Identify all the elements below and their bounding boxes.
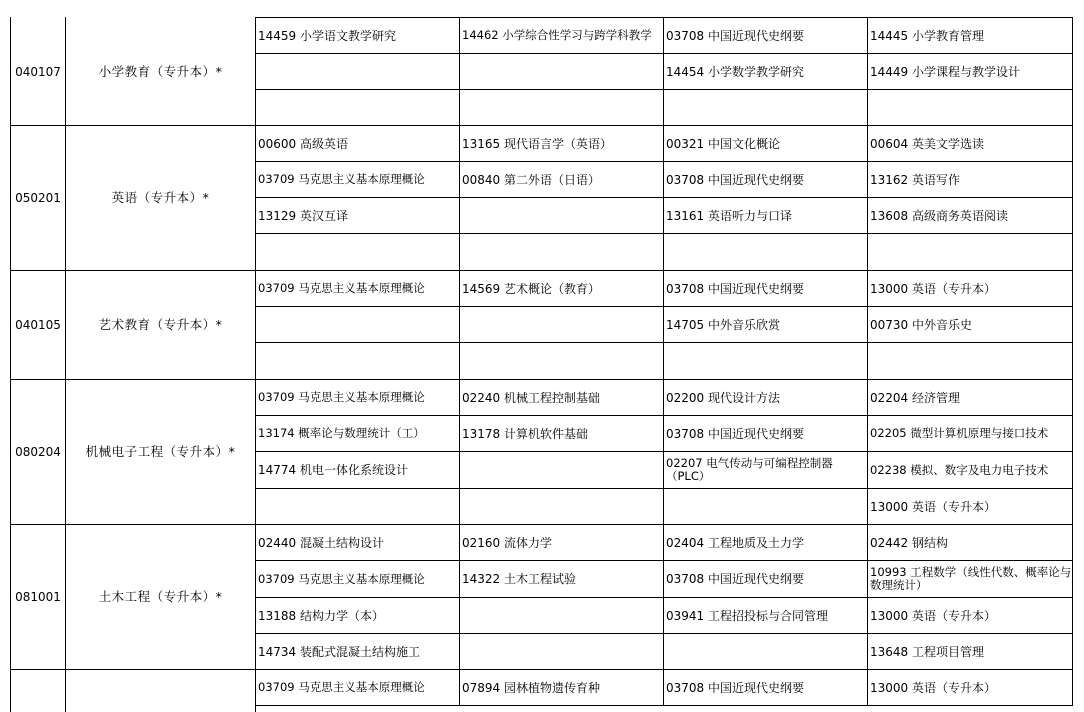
course-cell: 13000 英语（专升本） [868, 489, 1072, 524]
course-cell: 03709 马克思主义基本原理概论 [256, 561, 459, 597]
course-cell: 03709 马克思主义基本原理概论 [256, 670, 459, 705]
course-cell [460, 343, 663, 379]
course-cell [460, 634, 663, 669]
course-cell [460, 54, 663, 89]
course-cell: 03708 中国近现代史纲要 [664, 271, 867, 306]
table-bottom-border [255, 705, 1073, 706]
course-cell: 02240 机械工程控制基础 [460, 380, 663, 415]
course-cell: 02404 工程地质及土力学 [664, 525, 867, 560]
column-divider [255, 17, 256, 712]
major-code: 040107 [11, 18, 65, 125]
course-cell: 14445 小学教育管理 [868, 18, 1072, 53]
course-cell: 03709 马克思主义基本原理概论 [256, 380, 459, 415]
course-cell [460, 90, 663, 125]
column-divider [459, 17, 460, 706]
course-cell: 03709 马克思主义基本原理概论 [256, 162, 459, 197]
course-cell: 02205 微型计算机原理与接口技术 [868, 416, 1072, 451]
course-cell [256, 489, 459, 524]
section-divider [10, 270, 255, 271]
major-name: 英语（专升本）* [66, 126, 255, 270]
major-name: 艺术教育（专升本）* [66, 271, 255, 379]
course-cell: 13608 高级商务英语阅读 [868, 198, 1072, 233]
course-cell: 14454 小学数学教学研究 [664, 54, 867, 89]
major-code: 040105 [11, 271, 65, 379]
course-cell [664, 634, 867, 669]
course-cell: 03708 中国近现代史纲要 [664, 162, 867, 197]
course-cell: 02440 混凝土结构设计 [256, 525, 459, 560]
course-cell: 07894 园林植物遗传育种 [460, 670, 663, 705]
course-cell: 14449 小学课程与教学设计 [868, 54, 1072, 89]
course-cell: 13188 结构力学（本） [256, 598, 459, 633]
course-cell: 03708 中国近现代史纲要 [664, 670, 867, 705]
course-cell [664, 234, 867, 270]
course-cell: 03708 中国近现代史纲要 [664, 416, 867, 451]
course-cell [256, 90, 459, 125]
course-cell: 03709 马克思主义基本原理概论 [256, 271, 459, 306]
course-cell: 02207 电气传动与可编程控制器（PLC） [664, 452, 867, 488]
course-cell: 02200 现代设计方法 [664, 380, 867, 415]
course-cell [256, 343, 459, 379]
course-cell [460, 198, 663, 233]
course-cell: 14459 小学语文教学研究 [256, 18, 459, 53]
course-cell: 14705 中外音乐欣赏 [664, 307, 867, 342]
course-cell: 03708 中国近现代史纲要 [664, 561, 867, 597]
course-cell [664, 90, 867, 125]
course-cell: 13129 英汉互译 [256, 198, 459, 233]
course-cell: 00604 英美文学选读 [868, 126, 1072, 161]
course-cell: 00600 高级英语 [256, 126, 459, 161]
column-divider [10, 17, 11, 712]
column-divider [1072, 17, 1073, 706]
major-code [11, 670, 65, 712]
column-divider [65, 17, 66, 712]
course-cell: 14569 艺术概论（教育） [460, 271, 663, 306]
course-cell: 02160 流体力学 [460, 525, 663, 560]
course-cell [460, 452, 663, 488]
course-cell [460, 598, 663, 633]
course-cell: 00321 中国文化概论 [664, 126, 867, 161]
course-cell: 13178 计算机软件基础 [460, 416, 663, 451]
course-cell: 14734 装配式混凝土结构施工 [256, 634, 459, 669]
course-cell [664, 489, 867, 524]
column-divider [663, 17, 664, 706]
column-divider [867, 17, 868, 706]
course-cell: 14462 小学综合性学习与跨学科教学 [460, 18, 663, 53]
course-cell [256, 307, 459, 342]
course-cell: 13165 现代语言学（英语） [460, 126, 663, 161]
course-cell: 00840 第二外语（日语） [460, 162, 663, 197]
course-cell: 00730 中外音乐史 [868, 307, 1072, 342]
course-cell: 14774 机电一体化系统设计 [256, 452, 459, 488]
course-cell: 13162 英语写作 [868, 162, 1072, 197]
course-cell: 03941 工程招投标与合同管理 [664, 598, 867, 633]
course-cell [868, 343, 1072, 379]
course-cell [868, 234, 1072, 270]
course-cell [256, 54, 459, 89]
section-divider [10, 669, 255, 670]
section-divider [10, 379, 255, 380]
course-cell [460, 234, 663, 270]
section-divider [10, 125, 255, 126]
course-cell: 10993 工程数学（线性代数、概率论与数理统计） [868, 561, 1072, 597]
major-name: 机械电子工程（专升本）* [66, 380, 255, 524]
course-cell: 02204 经济管理 [868, 380, 1072, 415]
major-code: 050201 [11, 126, 65, 270]
course-cell: 13000 英语（专升本） [868, 271, 1072, 306]
course-cell: 13648 工程项目管理 [868, 634, 1072, 669]
course-cell [256, 234, 459, 270]
course-cell: 13000 英语（专升本） [868, 598, 1072, 633]
major-code: 080204 [11, 380, 65, 524]
major-name: 小学教育（专升本）* [66, 18, 255, 125]
course-cell: 03708 中国近现代史纲要 [664, 18, 867, 53]
major-code: 081001 [11, 525, 65, 669]
course-cell: 13174 概率论与数理统计（工） [256, 416, 459, 451]
course-cell: 13000 英语（专升本） [868, 670, 1072, 705]
course-cell [868, 90, 1072, 125]
course-cell: 02442 钢结构 [868, 525, 1072, 560]
course-cell: 02238 模拟、数字及电力电子技术 [868, 452, 1072, 488]
course-cell: 14322 土木工程试验 [460, 561, 663, 597]
course-cell: 13161 英语听力与口译 [664, 198, 867, 233]
course-cell [460, 489, 663, 524]
course-cell [460, 307, 663, 342]
exam-course-table: 040107小学教育（专升本）*14459 小学语文教学研究14462 小学综合… [0, 0, 1084, 712]
course-cell [664, 343, 867, 379]
section-divider [10, 524, 255, 525]
major-name: 土木工程（专升本）* [66, 525, 255, 669]
major-name [66, 670, 255, 712]
